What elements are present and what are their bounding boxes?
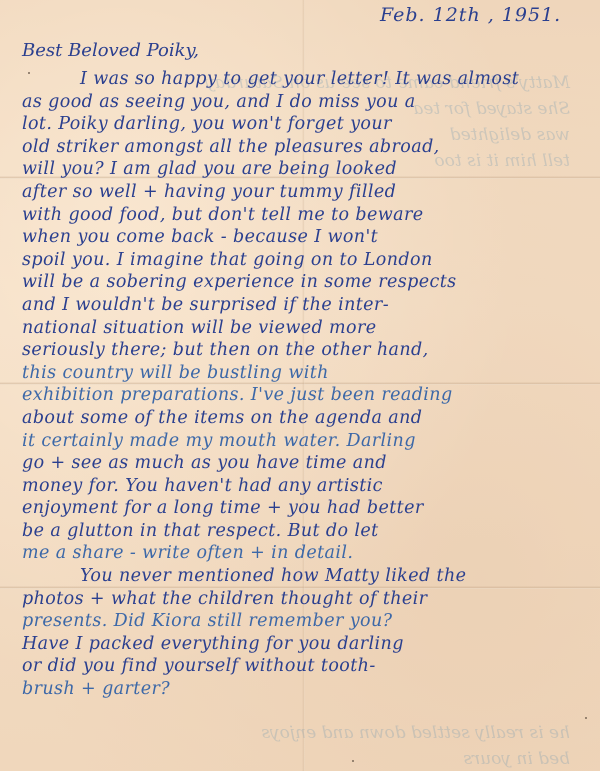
letter-line: I was so happy to get your letter! It wa…	[22, 68, 587, 91]
letter-line: exhibition preparations. I've just been …	[22, 384, 587, 407]
letter-line: as good as seeing you, and I do miss you…	[22, 91, 587, 114]
letter-line: You never mentioned how Matty liked the	[22, 565, 587, 588]
letter-salutation: Best Beloved Poiky,	[22, 40, 199, 61]
letter-line: money for. You haven't had any artistic	[22, 475, 587, 498]
letter-line: lot. Poiky darling, you won't forget you…	[22, 113, 587, 136]
letter-line: when you come back - because I won't	[22, 226, 587, 249]
letter-line: seriously there; but then on the other h…	[22, 339, 587, 362]
letter-line: about some of the items on the agenda an…	[22, 407, 587, 430]
letter-line: brush + garter?	[22, 678, 587, 701]
letter-line: go + see as much as you have time and	[22, 452, 587, 475]
letter-line: will be a sobering experience in some re…	[22, 271, 587, 294]
letter-body: I was so happy to get your letter! It wa…	[22, 68, 587, 701]
letter-line: spoil you. I imagine that going on to Lo…	[22, 249, 587, 272]
letter-line: presents. Did Kiora still remember you?	[22, 610, 587, 633]
paper-speck	[352, 760, 354, 762]
letter-line: with good food, but don't tell me to bew…	[22, 204, 587, 227]
letter-date: Feb. 12th , 1951.	[380, 4, 561, 26]
paper-speck	[28, 72, 30, 74]
letter-line: it certainly made my mouth water. Darlin…	[22, 430, 587, 453]
letter-line: or did you find yourself without tooth-	[22, 655, 587, 678]
letter-line: be a glutton in that respect. But do let	[22, 520, 587, 543]
letter-page: Matty's friend came to see us on Saturda…	[0, 0, 600, 771]
paper-speck	[585, 717, 587, 719]
letter-line: and I wouldn't be surprised if the inter…	[22, 294, 587, 317]
letter-line: me a share - write often + in detail.	[22, 542, 587, 565]
letter-line: enjoyment for a long time + you had bett…	[22, 497, 587, 520]
letter-line: will you? I am glad you are being looked	[22, 158, 587, 181]
letter-line: national situation will be viewed more	[22, 317, 587, 340]
letter-line: this country will be bustling with	[22, 362, 587, 385]
letter-line: old striker amongst all the pleasures ab…	[22, 136, 587, 159]
letter-line: photos + what the children thought of th…	[22, 588, 587, 611]
letter-line: Have I packed everything for you darling	[22, 633, 587, 656]
letter-line: after so well + having your tummy filled	[22, 181, 587, 204]
